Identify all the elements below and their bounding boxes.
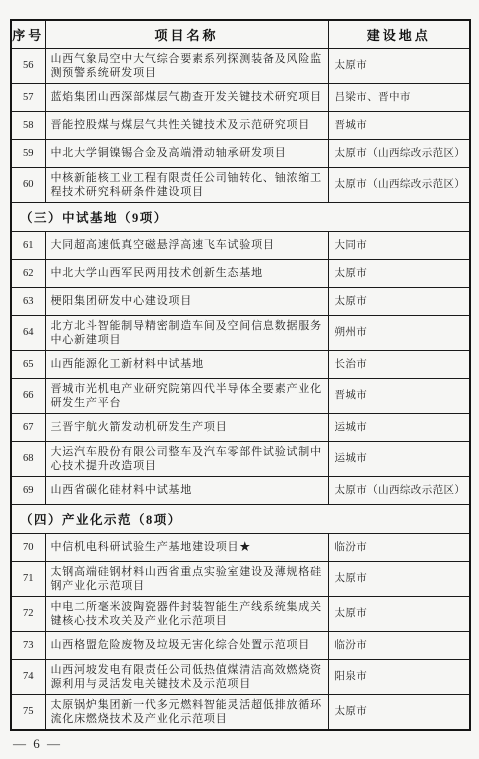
section-label: （四）产业化示范（8项） bbox=[11, 504, 470, 533]
row-project-name: 晋能控股煤与煤层气共性关键技术及示范研究项目 bbox=[45, 111, 328, 139]
row-project-name: 山西河坡发电有限责任公司低热值煤清洁高效燃烧资源利用与灵活发电关键技术及示范项目 bbox=[45, 659, 328, 694]
row-project-name: 晋城市光机电产业研究院第四代半导体全要素产业化研发生产平台 bbox=[45, 378, 328, 413]
row-project-name: 山西能源化工新材料中试基地 bbox=[45, 350, 328, 378]
row-serial-number: 64 bbox=[11, 315, 45, 350]
row-location: 太原市 bbox=[328, 694, 470, 730]
row-project-name: 中电二所毫米波陶瓷器件封装智能生产线系统集成关键核心技术攻关及产业化示范项目 bbox=[45, 596, 328, 631]
row-serial-number: 67 bbox=[11, 413, 45, 441]
row-location: 临汾市 bbox=[328, 631, 470, 659]
row-serial-number: 70 bbox=[11, 533, 45, 561]
row-project-name: 山西省碳化硅材料中试基地 bbox=[45, 476, 328, 504]
table-row: 68大运汽车股份有限公司整车及汽车零部件试验试制中心技术提升改造项目运城市 bbox=[11, 441, 470, 476]
table-row: 58晋能控股煤与煤层气共性关键技术及示范研究项目晋城市 bbox=[11, 111, 470, 139]
table-row: 56山西气象局空中大气综合要素系列探测装备及风险监测预警系统研发项目太原市 bbox=[11, 48, 470, 83]
row-serial-number: 73 bbox=[11, 631, 45, 659]
table-header: 序号 项目名称 建设地点 bbox=[11, 20, 470, 48]
row-serial-number: 68 bbox=[11, 441, 45, 476]
row-project-name: 太原锅炉集团新一代多元燃料智能灵活超低排放循环流化床燃烧技术及产业化示范项目 bbox=[45, 694, 328, 730]
section-label: （三）中试基地（9项） bbox=[11, 202, 470, 231]
row-location: 朔州市 bbox=[328, 315, 470, 350]
table-row: 70中信机电科研试验生产基地建设项目★临汾市 bbox=[11, 533, 470, 561]
section-row: （三）中试基地（9项） bbox=[11, 202, 470, 231]
row-project-name: 北方北斗智能制导精密制造车间及空间信息数据服务中心新建项目 bbox=[45, 315, 328, 350]
row-location: 晋城市 bbox=[328, 111, 470, 139]
table-row: 72中电二所毫米波陶瓷器件封装智能生产线系统集成关键核心技术攻关及产业化示范项目… bbox=[11, 596, 470, 631]
row-location: 太原市（山西综改示范区） bbox=[328, 167, 470, 202]
row-location: 太原市（山西综改示范区） bbox=[328, 139, 470, 167]
row-project-name: 中核新能核工业工程有限责任公司铀转化、铀浓缩工程技术研究科研条件建设项目 bbox=[45, 167, 328, 202]
row-location: 大同市 bbox=[328, 231, 470, 259]
row-serial-number: 72 bbox=[11, 596, 45, 631]
header-row: 序号 项目名称 建设地点 bbox=[11, 20, 470, 48]
header-serial-number: 序号 bbox=[11, 20, 45, 48]
row-location: 太原市（山西综改示范区） bbox=[328, 476, 470, 504]
row-project-name: 山西气象局空中大气综合要素系列探测装备及风险监测预警系统研发项目 bbox=[45, 48, 328, 83]
row-project-name: 山西格盟危险废物及垃圾无害化综合处置示范项目 bbox=[45, 631, 328, 659]
table-row: 67三晋宇航火箭发动机研发生产项目运城市 bbox=[11, 413, 470, 441]
table-row: 60中核新能核工业工程有限责任公司铀转化、铀浓缩工程技术研究科研条件建设项目太原… bbox=[11, 167, 470, 202]
section-row: （四）产业化示范（8项） bbox=[11, 504, 470, 533]
row-serial-number: 62 bbox=[11, 259, 45, 287]
row-project-name: 中信机电科研试验生产基地建设项目★ bbox=[45, 533, 328, 561]
row-serial-number: 66 bbox=[11, 378, 45, 413]
row-serial-number: 74 bbox=[11, 659, 45, 694]
row-location: 太原市 bbox=[328, 287, 470, 315]
row-location: 运城市 bbox=[328, 413, 470, 441]
table-row: 71太钢高端硅钢材料山西省重点实验室建设及薄规格硅钢产业化示范项目太原市 bbox=[11, 561, 470, 596]
header-location: 建设地点 bbox=[328, 20, 470, 48]
project-table: 序号 项目名称 建设地点 56山西气象局空中大气综合要素系列探测装备及风险监测预… bbox=[10, 19, 471, 731]
row-location: 吕梁市、晋中市 bbox=[328, 83, 470, 111]
row-location: 运城市 bbox=[328, 441, 470, 476]
row-location: 太原市 bbox=[328, 561, 470, 596]
row-location: 晋城市 bbox=[328, 378, 470, 413]
table-row: 59中北大学铜镍锡合金及高端滑动轴承研发项目太原市（山西综改示范区） bbox=[11, 139, 470, 167]
table-row: 73山西格盟危险废物及垃圾无害化综合处置示范项目临汾市 bbox=[11, 631, 470, 659]
row-serial-number: 61 bbox=[11, 231, 45, 259]
row-serial-number: 75 bbox=[11, 694, 45, 730]
table-row: 69山西省碳化硅材料中试基地太原市（山西综改示范区） bbox=[11, 476, 470, 504]
row-location: 太原市 bbox=[328, 48, 470, 83]
table-row: 75太原锅炉集团新一代多元燃料智能灵活超低排放循环流化床燃烧技术及产业化示范项目… bbox=[11, 694, 470, 730]
table-row: 61大同超高速低真空磁悬浮高速飞车试验项目大同市 bbox=[11, 231, 470, 259]
row-location: 太原市 bbox=[328, 596, 470, 631]
row-project-name: 大运汽车股份有限公司整车及汽车零部件试验试制中心技术提升改造项目 bbox=[45, 441, 328, 476]
row-serial-number: 71 bbox=[11, 561, 45, 596]
table-row: 63梗阳集团研发中心建设项目太原市 bbox=[11, 287, 470, 315]
row-project-name: 太钢高端硅钢材料山西省重点实验室建设及薄规格硅钢产业化示范项目 bbox=[45, 561, 328, 596]
table-row: 66晋城市光机电产业研究院第四代半导体全要素产业化研发生产平台晋城市 bbox=[11, 378, 470, 413]
row-serial-number: 63 bbox=[11, 287, 45, 315]
row-serial-number: 59 bbox=[11, 139, 45, 167]
row-project-name: 中北大学铜镍锡合金及高端滑动轴承研发项目 bbox=[45, 139, 328, 167]
row-project-name: 蓝焰集团山西深部煤层气勘查开发关键技术研究项目 bbox=[45, 83, 328, 111]
row-location: 太原市 bbox=[328, 259, 470, 287]
row-location: 阳泉市 bbox=[328, 659, 470, 694]
table-row: 62中北大学山西军民两用技术创新生态基地太原市 bbox=[11, 259, 470, 287]
document-page: 序号 项目名称 建设地点 56山西气象局空中大气综合要素系列探测装备及风险监测预… bbox=[0, 0, 479, 759]
table-row: 64北方北斗智能制导精密制造车间及空间信息数据服务中心新建项目朔州市 bbox=[11, 315, 470, 350]
row-serial-number: 56 bbox=[11, 48, 45, 83]
row-serial-number: 58 bbox=[11, 111, 45, 139]
row-serial-number: 69 bbox=[11, 476, 45, 504]
table-row: 57蓝焰集团山西深部煤层气勘查开发关键技术研究项目吕梁市、晋中市 bbox=[11, 83, 470, 111]
row-project-name: 梗阳集团研发中心建设项目 bbox=[45, 287, 328, 315]
row-project-name: 中北大学山西军民两用技术创新生态基地 bbox=[45, 259, 328, 287]
table-row: 65山西能源化工新材料中试基地长治市 bbox=[11, 350, 470, 378]
row-project-name: 大同超高速低真空磁悬浮高速飞车试验项目 bbox=[45, 231, 328, 259]
table-body: 56山西气象局空中大气综合要素系列探测装备及风险监测预警系统研发项目太原市57蓝… bbox=[11, 48, 470, 730]
page-number: — 6 — bbox=[13, 736, 62, 752]
row-serial-number: 60 bbox=[11, 167, 45, 202]
row-location: 临汾市 bbox=[328, 533, 470, 561]
table-row: 74山西河坡发电有限责任公司低热值煤清洁高效燃烧资源利用与灵活发电关键技术及示范… bbox=[11, 659, 470, 694]
row-location: 长治市 bbox=[328, 350, 470, 378]
row-project-name: 三晋宇航火箭发动机研发生产项目 bbox=[45, 413, 328, 441]
row-serial-number: 57 bbox=[11, 83, 45, 111]
header-project-name: 项目名称 bbox=[45, 20, 328, 48]
row-serial-number: 65 bbox=[11, 350, 45, 378]
